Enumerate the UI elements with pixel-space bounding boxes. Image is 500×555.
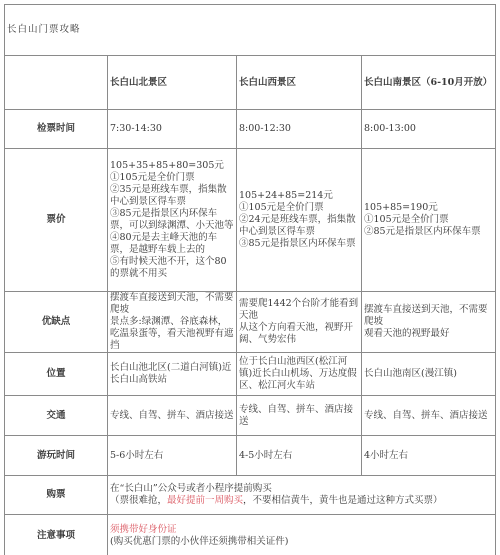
pros-cons-north-line: 摆渡车直接送到天池，不需要爬坡 <box>110 292 234 316</box>
pros-cons-west-line: 需要爬1442个台阶才能看到天池 <box>239 298 359 322</box>
price-west-item: ③85元是指景区内环保车票 <box>239 238 359 250</box>
buy-info-post: ，不要相信黄牛，黄牛也是通过这种方式买票） <box>243 495 443 506</box>
table-row-pros-cons: 优缺点 摆渡车直接送到天池，不需要爬坡 景点多:绿渊潭、谷底森林，吃温泉蛋等，看… <box>5 292 496 353</box>
play-time-west: 4-5小时左右 <box>237 436 362 476</box>
notes-info: 须携带好身份证 (购买优惠门票的小伙伴还须携带相关证件) <box>108 515 496 555</box>
price-west-total: 105+24+85=214元 <box>239 190 359 202</box>
traffic-north: 专线、自驾、拼车、酒店接送 <box>108 396 237 436</box>
row-header-notes: 注意事项 <box>5 515 108 555</box>
row-header-play-time: 游玩时间 <box>5 436 108 476</box>
location-south: 长白山池南区(漫江镇) <box>362 353 496 396</box>
row-header-buy: 购票 <box>5 476 108 515</box>
buy-info: 在“长白山”公众号或者小程序提前购买 （票很难抢，最好提前一周购买，不要相信黄牛… <box>108 476 496 515</box>
buy-info-pre: （票很难抢， <box>110 495 167 506</box>
check-time-north: 7:30-14:30 <box>108 110 237 149</box>
notes-discount-docs: (购买优惠门票的小伙伴还须携带相关证件) <box>110 536 493 548</box>
price-north-total: 105+35+85+80=305元 <box>110 160 234 172</box>
pros-cons-south-line: 观看天池的视野最好 <box>364 328 493 340</box>
row-header-check-time: 检票时间 <box>5 110 108 149</box>
row-header-location: 位置 <box>5 353 108 396</box>
row-header-price: 票价 <box>5 149 108 292</box>
title-row: 长白山门票攻略 <box>5 5 496 56</box>
check-time-south: 8:00-13:00 <box>362 110 496 149</box>
table-row-location: 位置 长白山池北区(二道白河镇)近长白山高铁站 位于长白山池西区(松江河镇)近长… <box>5 353 496 396</box>
header-row: 长白山北景区 长白山西景区 长白山南景区（6-10月开放） <box>5 56 496 110</box>
traffic-west: 专线、自驾、拼车、酒店接送 <box>237 396 362 436</box>
price-south-total: 105+85=190元 <box>364 202 493 214</box>
page-title: 长白山门票攻略 <box>5 5 496 56</box>
ticket-guide-table: 长白山门票攻略 长白山北景区 长白山西景区 长白山南景区（6-10月开放） 检票… <box>4 4 496 555</box>
price-south-item: ②85元是指景区内环保车票 <box>364 226 493 238</box>
price-west: 105+24+85=214元 ①105元是全价门票 ②24元是班线车票，指集散中… <box>237 149 362 292</box>
buy-info-line1: 在“长白山”公众号或者小程序提前购买 <box>110 483 493 495</box>
table-row-play-time: 游玩时间 5-6小时左右 4-5小时左右 4小时左右 <box>5 436 496 476</box>
notes-id-card: 须携带好身份证 <box>110 524 493 536</box>
table-row-check-time: 检票时间 7:30-14:30 8:00-12:30 8:00-13:00 <box>5 110 496 149</box>
pros-cons-south-line: 摆渡车直接送到天池，不需要爬坡 <box>364 304 493 328</box>
table-row-traffic: 交通 专线、自驾、拼车、酒店接送 专线、自驾、拼车、酒店接送 专线、自驾、拼车、… <box>5 396 496 436</box>
price-north-item: ①105元是全价门票 <box>110 172 234 184</box>
play-time-south: 4小时左右 <box>362 436 496 476</box>
price-north-item: ⑤有时候天池不开，这个80的票就不用买 <box>110 256 234 280</box>
price-north-item: ③85元是指景区内环保车票，可以到绿渊潭、小天池等 <box>110 208 234 232</box>
traffic-south: 专线、自驾、拼车、酒店接送 <box>362 396 496 436</box>
price-north: 105+35+85+80=305元 ①105元是全价门票 ②35元是班线车票，指… <box>108 149 237 292</box>
pros-cons-north: 摆渡车直接送到天池，不需要爬坡 景点多:绿渊潭、谷底森林，吃温泉蛋等，看天池视野… <box>108 292 237 353</box>
play-time-north: 5-6小时左右 <box>108 436 237 476</box>
price-north-item: ②35元是班线车票，指集散中心到景区得车票 <box>110 184 234 208</box>
table-row-buy: 购票 在“长白山”公众号或者小程序提前购买 （票很难抢，最好提前一周购买，不要相… <box>5 476 496 515</box>
row-header-traffic: 交通 <box>5 396 108 436</box>
price-north-item: ④80元是去主峰天池的车票，是越野车载上去的 <box>110 232 234 256</box>
location-north: 长白山池北区(二道白河镇)近长白山高铁站 <box>108 353 237 396</box>
table-row-price: 票价 105+35+85+80=305元 ①105元是全价门票 ②35元是班线车… <box>5 149 496 292</box>
corner-cell <box>5 56 108 110</box>
pros-cons-west: 需要爬1442个台阶才能看到天池 从这个方向看天池，视野开阔、气势宏伟 <box>237 292 362 353</box>
row-header-pros-cons: 优缺点 <box>5 292 108 353</box>
pros-cons-south: 摆渡车直接送到天池，不需要爬坡 观看天池的视野最好 <box>362 292 496 353</box>
pros-cons-north-line: 景点多:绿渊潭、谷底森林，吃温泉蛋等，看天池视野有遮挡 <box>110 316 234 352</box>
location-west: 位于长白山池西区(松江河镇)近长白山机场、万达度假区、松江河火车站 <box>237 353 362 396</box>
price-south-item: ①105元是全价门票 <box>364 214 493 226</box>
column-header-west: 长白山西景区 <box>237 56 362 110</box>
price-south: 105+85=190元 ①105元是全价门票 ②85元是指景区内环保车票 <box>362 149 496 292</box>
column-header-south: 长白山南景区（6-10月开放） <box>362 56 496 110</box>
check-time-west: 8:00-12:30 <box>237 110 362 149</box>
buy-info-highlight: 最好提前一周购买 <box>167 495 243 506</box>
price-west-item: ②24元是班线车票，指集散中心到景区得车票 <box>239 214 359 238</box>
column-header-north: 长白山北景区 <box>108 56 237 110</box>
buy-info-line2: （票很难抢，最好提前一周购买，不要相信黄牛，黄牛也是通过这种方式买票） <box>110 495 493 507</box>
price-west-item: ①105元是全价门票 <box>239 202 359 214</box>
pros-cons-west-line: 从这个方向看天池，视野开阔、气势宏伟 <box>239 322 359 346</box>
table-row-notes: 注意事项 须携带好身份证 (购买优惠门票的小伙伴还须携带相关证件) <box>5 515 496 555</box>
